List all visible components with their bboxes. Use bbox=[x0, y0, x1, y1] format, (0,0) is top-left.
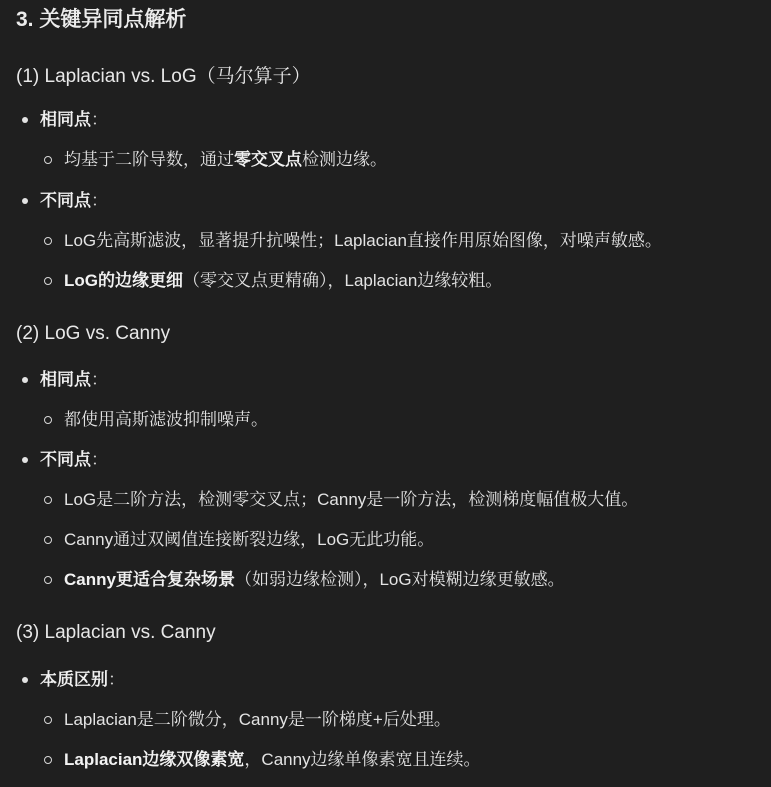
sub-item: 均基于二阶导数，通过零交叉点检测边缘。 bbox=[44, 148, 387, 172]
sub-item: Laplacian是二阶微分，Canny是一阶梯度+后处理。 bbox=[44, 708, 451, 732]
bullet-same-points-2: 相同点： bbox=[22, 368, 108, 392]
circle-bullet-icon bbox=[44, 576, 52, 584]
circle-bullet-icon bbox=[44, 156, 52, 164]
text-segment: 均基于二阶导数，通过 bbox=[64, 150, 234, 169]
colon: ： bbox=[91, 370, 108, 389]
bullet-label: 不同点 bbox=[40, 191, 91, 210]
text-segment: Laplacian是二阶微分，Canny是一阶梯度+后处理。 bbox=[64, 710, 451, 729]
bullet-essential-diff: 本质区别： bbox=[22, 668, 125, 692]
bold-segment: Canny更适合复杂场景 bbox=[64, 570, 235, 589]
bullet-diff-points-2: 不同点： bbox=[22, 448, 108, 472]
text-segment: （零交叉点更精确），Laplacian边缘较粗。 bbox=[183, 271, 502, 290]
circle-bullet-icon bbox=[44, 756, 52, 764]
sub-item: LoG是二阶方法，检测零交叉点；Canny是一阶方法，检测梯度幅值极大值。 bbox=[44, 488, 638, 512]
sub-item: 都使用高斯滤波抑制噪声。 bbox=[44, 408, 268, 432]
bullet-same-points-1: 相同点： bbox=[22, 108, 108, 132]
bullet-label: 相同点 bbox=[40, 370, 91, 389]
sub-item: Canny通过双阈值连接断裂边缘，LoG无此功能。 bbox=[44, 528, 434, 552]
bullet-label: 相同点 bbox=[40, 110, 91, 129]
circle-bullet-icon bbox=[44, 496, 52, 504]
text-segment: （如弱边缘检测），LoG对模糊边缘更敏感。 bbox=[235, 570, 565, 589]
colon: ： bbox=[91, 450, 108, 469]
bold-segment: Laplacian边缘双像素宽 bbox=[64, 750, 244, 769]
circle-bullet-icon bbox=[44, 237, 52, 245]
circle-bullet-icon bbox=[44, 536, 52, 544]
bullet-dot-icon bbox=[22, 117, 28, 123]
circle-bullet-icon bbox=[44, 716, 52, 724]
subsection-title-2: (2) LoG vs. Canny bbox=[16, 321, 170, 347]
bullet-label: 不同点 bbox=[40, 450, 91, 469]
bold-segment: LoG的边缘更细 bbox=[64, 271, 183, 290]
subsection-title-3: (3) Laplacian vs. Canny bbox=[16, 620, 216, 646]
text-segment: Canny通过双阈值连接断裂边缘，LoG无此功能。 bbox=[64, 530, 434, 549]
subsection-title-1: (1) Laplacian vs. LoG（马尔算子） bbox=[16, 64, 311, 90]
bullet-label: 本质区别 bbox=[40, 670, 108, 689]
text-segment: LoG是二阶方法，检测零交叉点；Canny是一阶方法，检测梯度幅值极大值。 bbox=[64, 490, 638, 509]
colon: ： bbox=[91, 191, 108, 210]
bullet-dot-icon bbox=[22, 457, 28, 463]
bold-segment: 零交叉点 bbox=[234, 150, 302, 169]
text-segment: LoG先高斯滤波，显著提升抗噪性；Laplacian直接作用原始图像，对噪声敏感… bbox=[64, 231, 662, 250]
colon: ： bbox=[108, 670, 125, 689]
circle-bullet-icon bbox=[44, 277, 52, 285]
sub-item: Canny更适合复杂场景（如弱边缘检测），LoG对模糊边缘更敏感。 bbox=[44, 568, 565, 592]
bullet-dot-icon bbox=[22, 377, 28, 383]
text-segment: 都使用高斯滤波抑制噪声。 bbox=[64, 410, 268, 429]
sub-item: LoG先高斯滤波，显著提升抗噪性；Laplacian直接作用原始图像，对噪声敏感… bbox=[44, 229, 662, 253]
section-title: 3. 关键异同点解析 bbox=[16, 6, 186, 34]
colon: ： bbox=[91, 110, 108, 129]
sub-item: Laplacian边缘双像素宽，Canny边缘单像素宽且连续。 bbox=[44, 748, 481, 772]
bullet-dot-icon bbox=[22, 198, 28, 204]
text-segment: ，Canny边缘单像素宽且连续。 bbox=[244, 750, 480, 769]
sub-item: LoG的边缘更细（零交叉点更精确），Laplacian边缘较粗。 bbox=[44, 269, 502, 293]
bullet-diff-points-1: 不同点： bbox=[22, 189, 108, 213]
text-segment: 检测边缘。 bbox=[302, 150, 387, 169]
bullet-dot-icon bbox=[22, 677, 28, 683]
circle-bullet-icon bbox=[44, 416, 52, 424]
